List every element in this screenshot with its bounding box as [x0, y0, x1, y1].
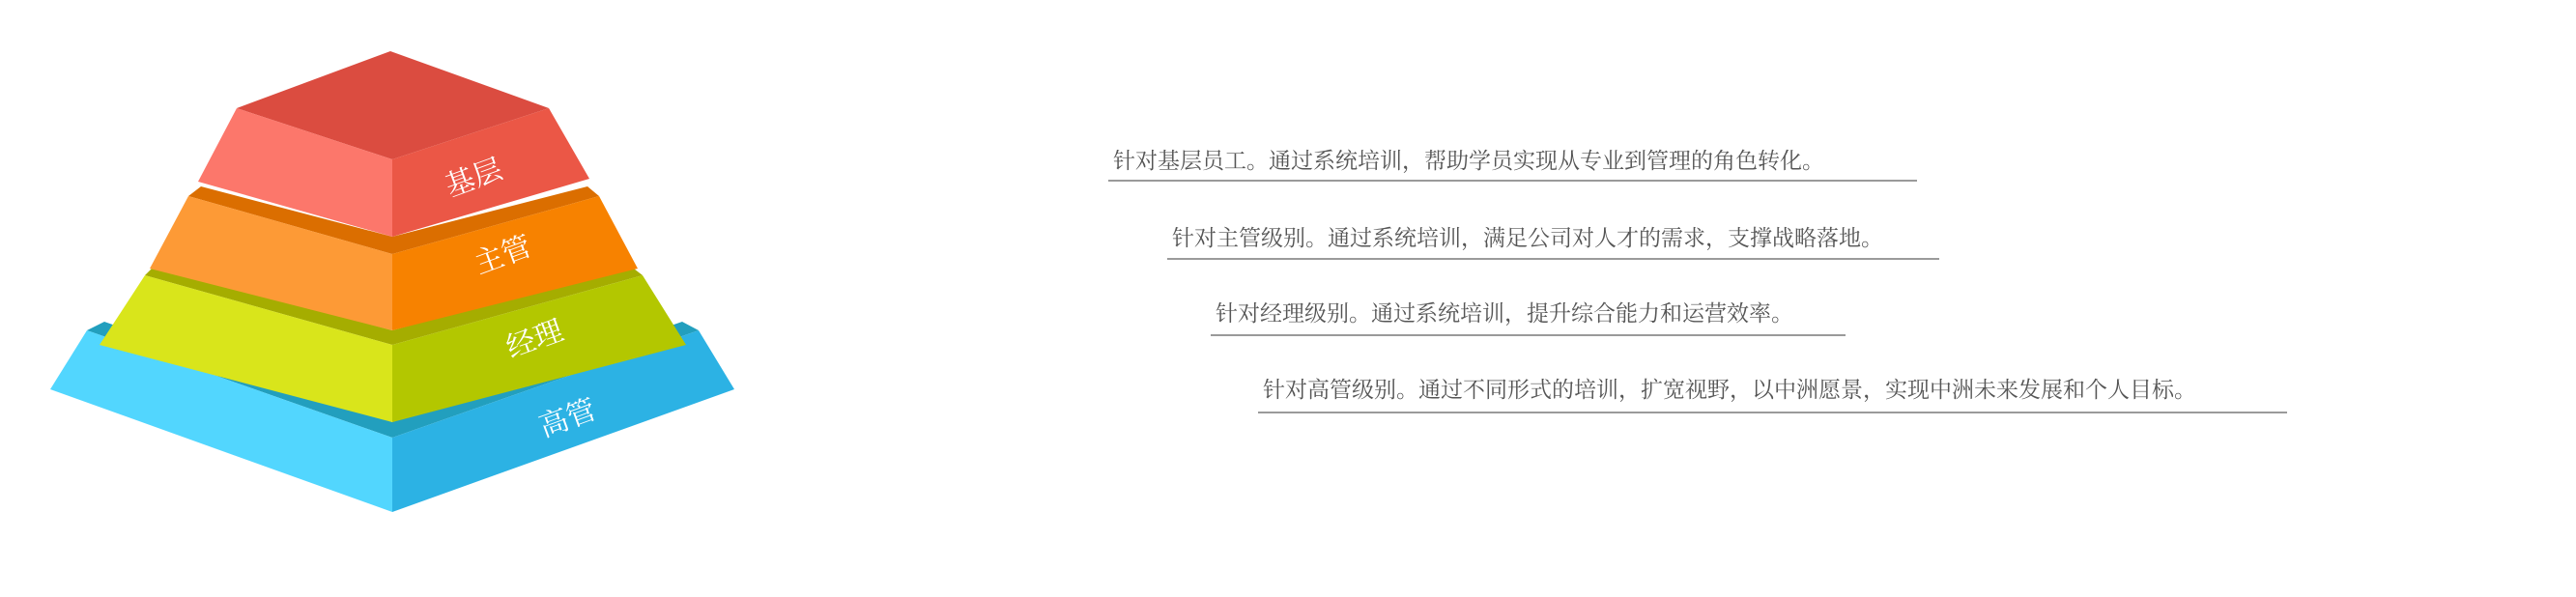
pyramid-diagram: 基层 主管 经理 高管: [0, 0, 773, 597]
description-executive: 针对高管级别。通过不同形式的培训，扩宽视野，以中洲愿景，实现中洲未来发展和个人目…: [1258, 374, 2287, 413]
description-supervisor: 针对主管级别。通过系统培训，满足公司对人才的需求，支撑战略落地。: [1167, 222, 1939, 260]
description-manager: 针对经理级别。通过系统培训，提升综合能力和运营效率。: [1211, 298, 1846, 336]
description-base-staff: 针对基层员工。通过系统培训，帮助学员实现从专业到管理的角色转化。: [1108, 145, 1917, 182]
